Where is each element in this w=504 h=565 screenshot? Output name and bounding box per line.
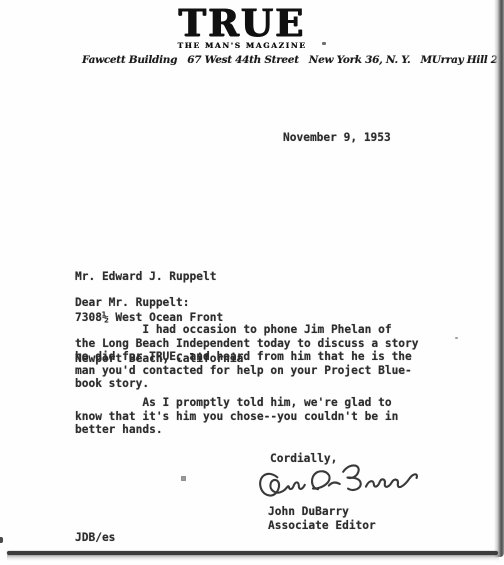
scanned-letter: TRUE THE MAN'S MAGAZINE Fawcett Building… [0, 0, 504, 565]
signer-title: Associate Editor [268, 519, 376, 533]
magazine-tagline: THE MAN'S MAGAZINE [0, 41, 484, 50]
recipient-name: Mr. Edward J. Ruppelt [75, 270, 243, 284]
letter-line: As I promptly told him, we're glad to [75, 396, 398, 410]
body-paragraph-2: As I promptly told him, we're glad tokno… [75, 396, 398, 437]
true-magazine-logo: TRUE [0, 6, 484, 40]
scan-edge-mark [0, 537, 3, 543]
typist-reference: JDB/es [75, 531, 115, 545]
salutation: Dear Mr. Ruppelt: [75, 296, 190, 310]
letter-line: better hands. [75, 423, 398, 437]
scan-bottom-shadow [7, 555, 499, 561]
letter-line: know that it's him you chose--you couldn… [75, 410, 398, 424]
scan-right-shadow [494, 0, 504, 557]
scan-speck [455, 337, 458, 339]
letter-line: the Long Beach Independent today to disc… [75, 337, 419, 351]
scan-speck [322, 42, 326, 45]
letter-line: he did for TRUE, and heard from him that… [75, 350, 419, 364]
letter-line: I had occasion to phone Jim Phelan of [75, 323, 419, 337]
letterhead: TRUE THE MAN'S MAGAZINE [0, 0, 484, 50]
letter-line: man you'd contacted for help on your Pro… [75, 364, 419, 378]
scan-speck [181, 476, 186, 481]
signer-typed-name: John DuBarry [268, 505, 349, 519]
body-paragraph-1: I had occasion to phone Jim Phelan ofthe… [75, 323, 419, 391]
letter-line: book story. [75, 377, 419, 391]
letterhead-address-line: Fawcett Building 67 West 44th Street New… [82, 54, 504, 66]
letter-date: November 9, 1953 [283, 131, 391, 145]
